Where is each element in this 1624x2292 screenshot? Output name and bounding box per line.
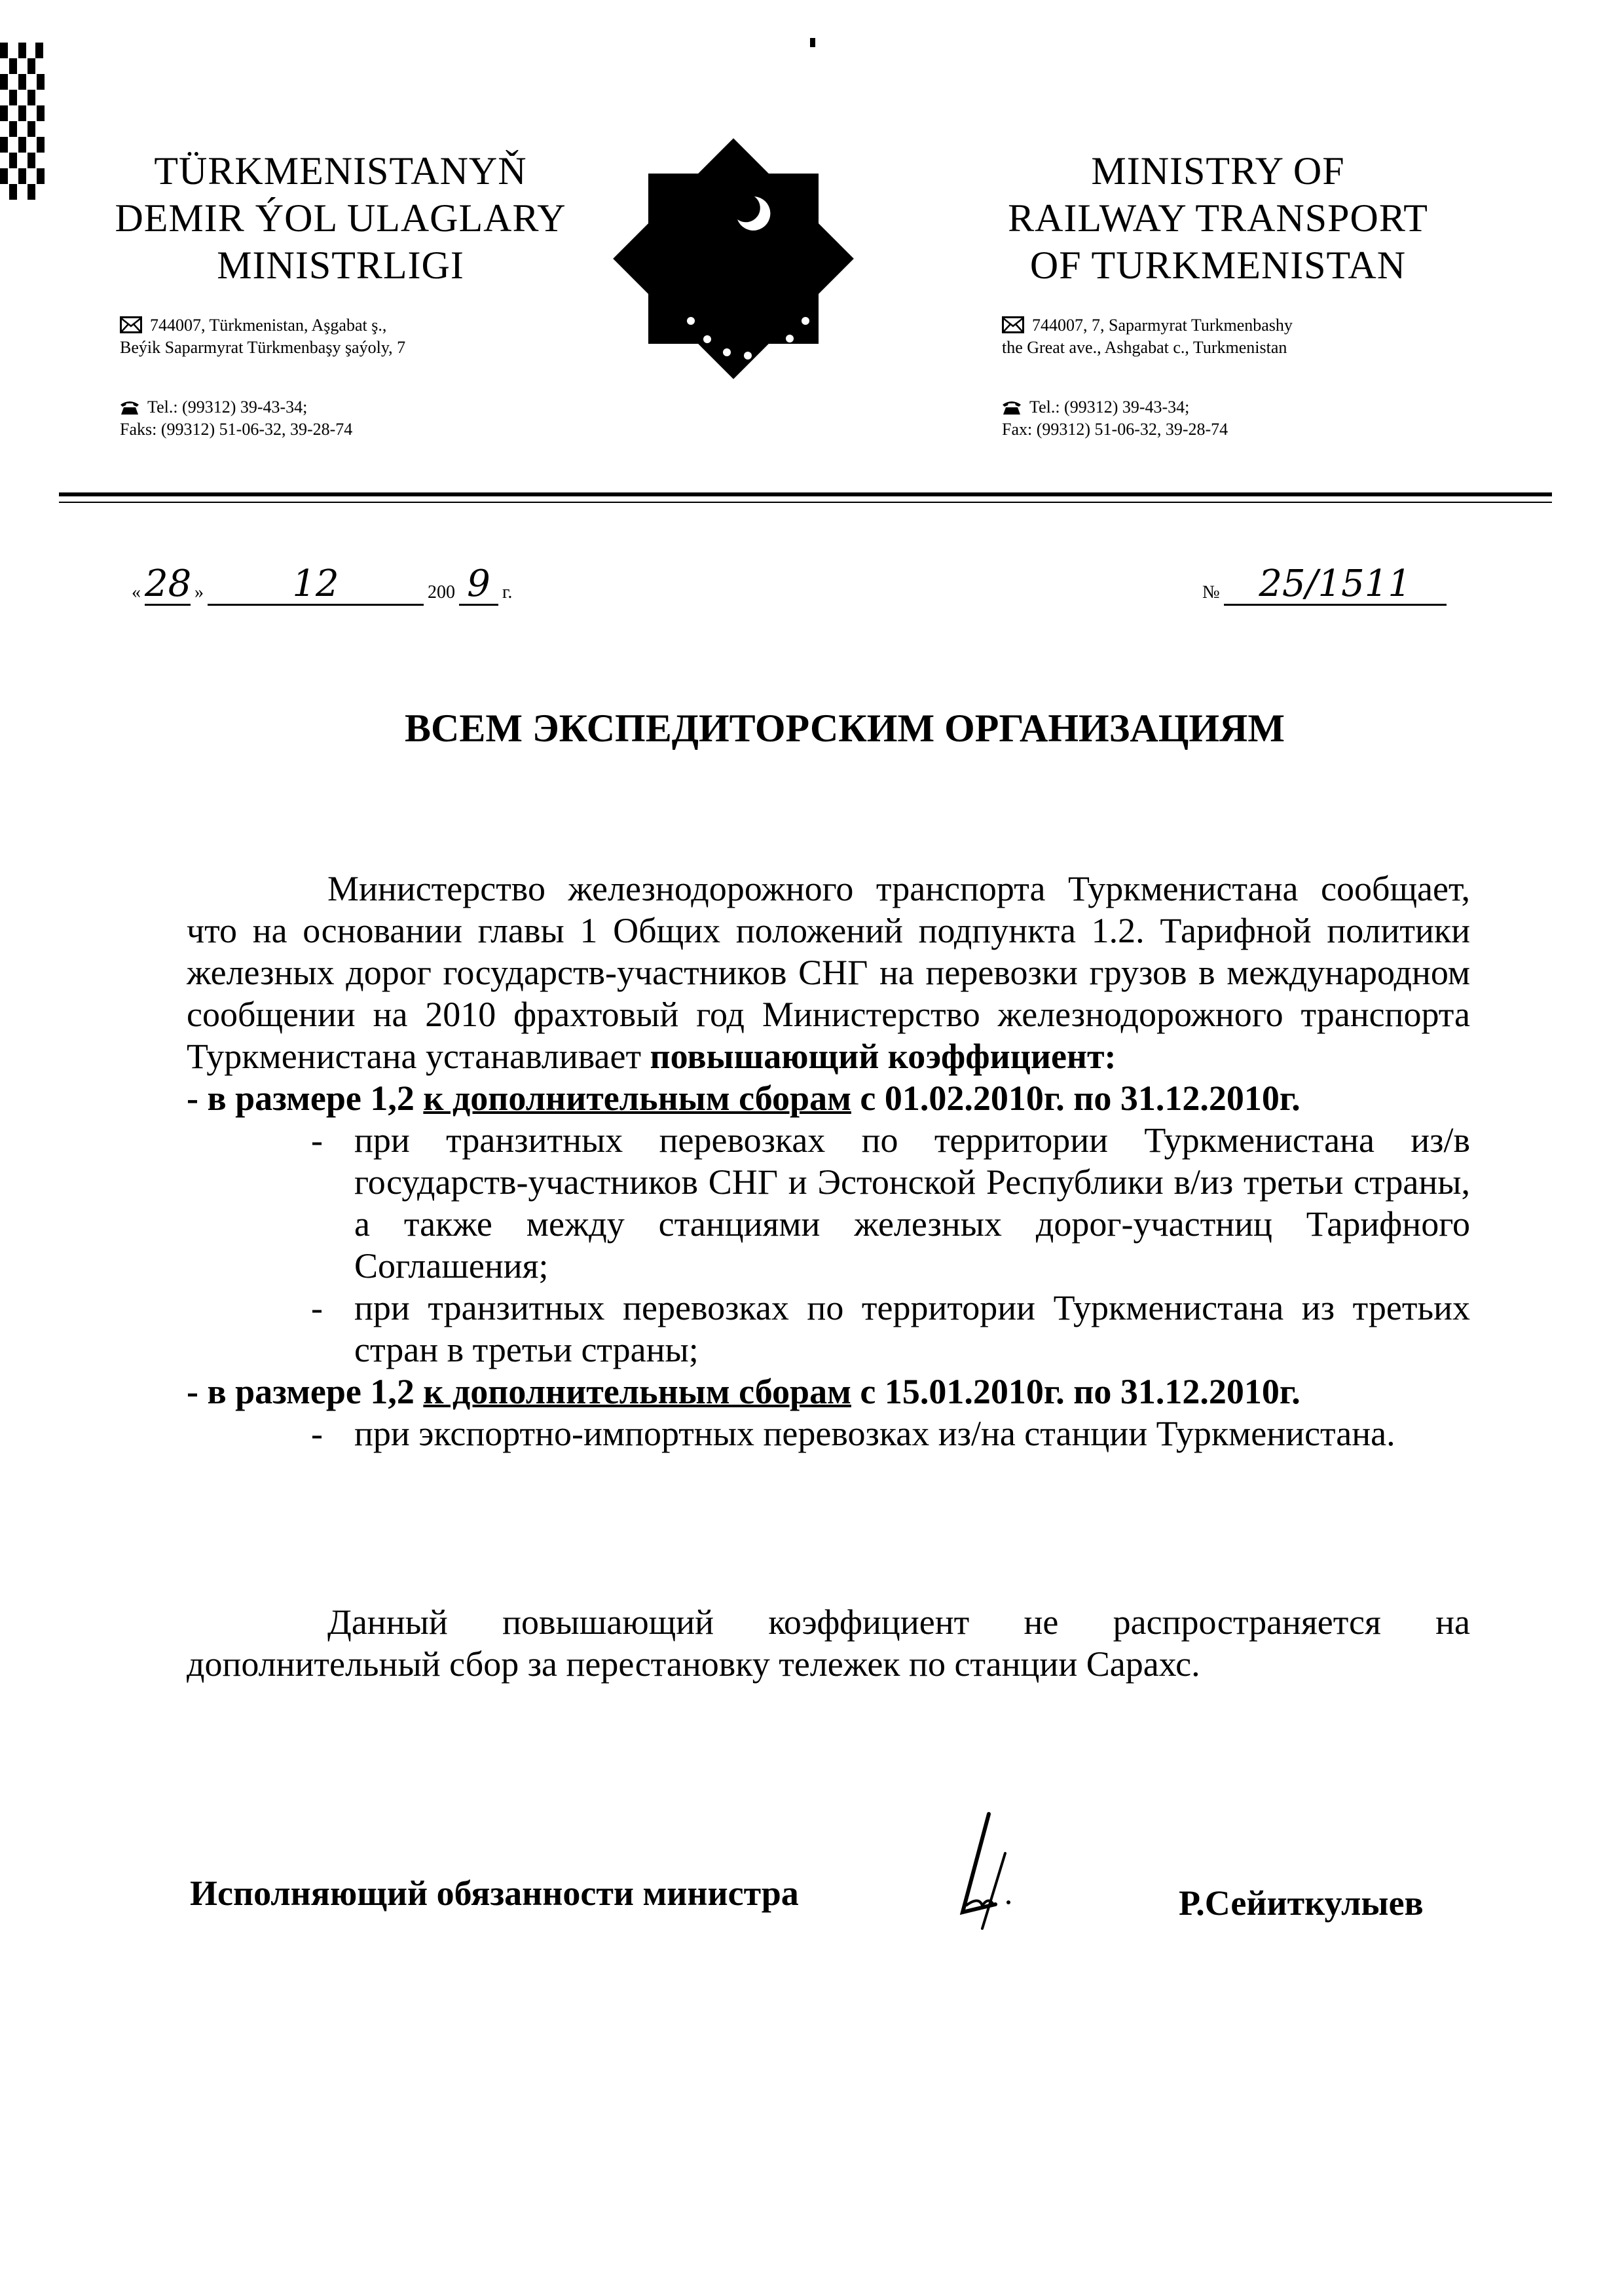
letterhead-divider-thin: [59, 502, 1552, 503]
signatory-position: Исполняющий обязанности министра: [190, 1873, 799, 1913]
letterhead-left-title: TÜRKMENISTANYŇ DEMIR ÝOL ULAGLARY MINIST…: [92, 147, 589, 289]
address-line: 744007, 7, Saparmyrat Turkmenbashy: [1032, 316, 1293, 335]
date-year-prefix: 200: [428, 582, 455, 603]
date-day: 28: [145, 564, 191, 606]
letterhead-right-title: MINISTRY OF RAILWAY TRANSPORT OF TURKMEN…: [969, 147, 1467, 289]
sub-list-item: -при транзитных перевозках по территории…: [187, 1287, 1470, 1371]
letterhead-left-phones: Tel.: (99312) 39-43-34; Faks: (99312) 51…: [120, 396, 352, 441]
address-line: the Great ave., Ashgabat c., Turkmenista…: [1002, 337, 1293, 359]
date-year-suffix: 9: [459, 564, 498, 606]
letterhead-left-line: TÜRKMENISTANYŇ: [92, 147, 589, 194]
number-label: №: [1202, 582, 1220, 603]
sub-list-item: -при транзитных перевозках по территории…: [187, 1119, 1470, 1287]
tel-line: Tel.: (99312) 39-43-34;: [147, 397, 307, 416]
letterhead-left-line: DEMIR ÝOL ULAGLARY: [92, 194, 589, 242]
intro-paragraph: Министерство железнодорожного транспорта…: [187, 868, 1470, 1077]
document-title: ВСЕМ ЭКСПЕДИТОРСКИМ ОРГАНИЗАЦИЯМ: [0, 706, 1624, 751]
date-month: 12: [208, 564, 424, 606]
sub-list-item: -при экспортно-импортных перевозках из/н…: [187, 1413, 1470, 1454]
envelope-icon: [120, 316, 142, 333]
document-date: « 28 » 12 200 9 г.: [128, 564, 516, 606]
handwritten-signature-icon: [943, 1807, 1061, 1932]
letterhead-right-phones: Tel.: (99312) 39-43-34; Fax: (99312) 51-…: [1002, 396, 1228, 441]
address-line: 744007, Türkmenistan, Aşgabat ş.,: [150, 316, 386, 335]
signatory-name: Р.Сейиткулыев: [1179, 1883, 1424, 1923]
note-paragraph: Данный повышающий коэффициент не распрос…: [187, 1601, 1470, 1685]
document-number: № 25/1511: [1198, 564, 1447, 606]
address-line: Beýik Saparmyrat Türkmenbaşy şaýoly, 7: [120, 337, 405, 359]
letterhead-left-line: MINISTRLIGI: [92, 242, 589, 289]
letterhead-divider: [59, 492, 1552, 496]
letterhead-right-address: 744007, 7, Saparmyrat Turkmenbashy the G…: [1002, 314, 1293, 359]
telephone-icon: [120, 399, 139, 415]
intro-bold: повышающий коэффициент:: [650, 1037, 1116, 1076]
tel-line: Tel.: (99312) 39-43-34;: [1029, 397, 1189, 416]
list-item: - в размере 1,2 к дополнительным сборам …: [187, 1371, 1470, 1413]
list-item: - в размере 1,2 к дополнительным сборам …: [187, 1077, 1470, 1119]
telephone-icon: [1002, 399, 1022, 415]
letterhead-right-line: OF TURKMENISTAN: [969, 242, 1467, 289]
eight-pointed-star-emblem-icon: [609, 134, 858, 383]
scan-mark: [810, 38, 815, 47]
letterhead-right-line: MINISTRY OF: [969, 147, 1467, 194]
letterhead-right-line: RAILWAY TRANSPORT: [969, 194, 1467, 242]
letterhead-left-address: 744007, Türkmenistan, Aşgabat ş., Beýik …: [120, 314, 405, 359]
number-value: 25/1511: [1224, 564, 1447, 606]
document-body: Министерство железнодорожного транспорта…: [187, 868, 1470, 1454]
fax-line: Faks: (99312) 51-06-32, 39-28-74: [120, 418, 352, 441]
date-year-abbr: г.: [502, 582, 512, 603]
checkerboard-decoration: [0, 43, 47, 200]
envelope-icon: [1002, 316, 1024, 333]
fax-line: Fax: (99312) 51-06-32, 39-28-74: [1002, 418, 1228, 441]
